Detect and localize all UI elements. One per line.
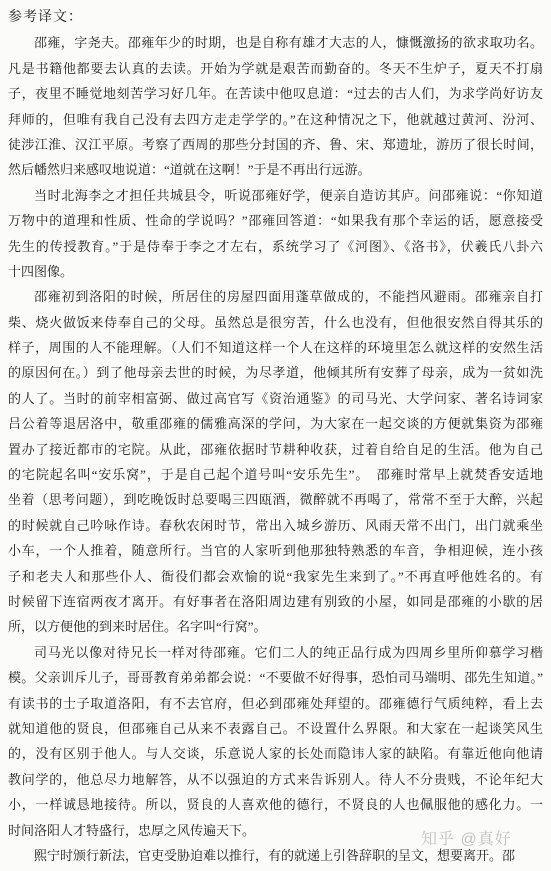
text-line: 小车，一个人推着，随意所行。当官的人家听到他那独特熟悉的车音，争相迎候，连小孩	[8, 538, 543, 563]
text-line: 当时北海李之才担任共城县令，听说邵雍好学，便亲自造访其庐。问邵雍说：“你知道	[8, 183, 543, 208]
text-line: 邵雍，字尧夫。邵雍年少的时期，也是自称有雄才大志的人，慷慨激扬的欲求取功名。	[8, 30, 543, 55]
text-line: 熙宁时颁行新法，官吏受胁迫难以推行，有的就递上引咎辞职的呈文，想要离开。邵	[8, 843, 543, 868]
paragraph: 熙宁时颁行新法，官吏受胁迫难以推行，有的就递上引咎辞职的呈文，想要离开。邵	[8, 843, 543, 868]
text-line: 子和老夫人和那些仆人、衙役们都会欢愉的说“我家先生来到了。”不再直呼他姓名的。有	[8, 564, 543, 589]
text-line: 置办了接近都市的宅院。从此，邵雍依据时节耕种收获，过着自给自足的生活。他为自己	[8, 437, 543, 462]
text-line: 的原因何在。）到了他母亲去世的时候，为尽孝道，他倾其所有安葬了母亲，成为一贫如洗	[8, 360, 543, 385]
text-line: 拜师的，但唯有我自己没有去四方走走学学的。”在这种情况之下，他就越过黄河、汾河、	[8, 107, 543, 132]
text-line: 模。父亲训斥儿子，哥哥教育弟弟都会说：“不要做不好得事，恐怕司马端明、邵先生知道…	[8, 665, 543, 690]
text-line: 的时候就自己吟咏作诗。春秋农闲时节，常出入城乡游历、风雨天常不出门，出门就乘坐	[8, 513, 543, 538]
text-line: 凡是书籍他都要去认真的去读。开始为学就是艰苦而勤奋的。冬天不生炉子，夏天不打扇	[8, 56, 543, 81]
text-line: 所，以方便他的到来时居住。名字叫“行窝”。	[8, 614, 543, 639]
text-line: 十四图像。	[8, 259, 543, 284]
text-line: 小，一样诚恳地接待。所以，贤良的人喜欢他的德行，不贤良的人也佩服他的感化力。一	[8, 792, 543, 817]
text-line: 的宅院起名叫“安乐窝”，于是自己起个道号叫“安乐先生”。 邵雍时常早上就焚香安适…	[8, 462, 543, 487]
document-page: 参考译文： 邵雍，字尧夫。邵雍年少的时期，也是自称有雄才大志的人，慷慨激扬的欲求…	[0, 0, 551, 868]
text-line: 有读书的士子取道洛阳，有不去官府，但必到邵雍处拜望的。邵雍德行气质纯粹，看上去	[8, 691, 543, 716]
document-body: 邵雍，字尧夫。邵雍年少的时期，也是自称有雄才大志的人，慷慨激扬的欲求取功名。凡是…	[8, 30, 543, 868]
text-line: 吕公着等退居洛中，敬重邵雍的儒雅高深的学问，为大家在一起交谈的方便就集资为邵雍	[8, 411, 543, 436]
text-line: 子，夜里不睡觉地刻苦学习好几年。在苦读中他叹息道：“过去的古人们，为求学尚好访友	[8, 81, 543, 106]
paragraph: 邵雍初到洛阳的时候，所居住的房屋四面用蓬草做成的，不能挡风避雨。邵雍亲自打柴、烧…	[8, 284, 543, 639]
text-line: 教问学的，他总尽力地解答，从不以强迫的方式来告诉别人。待人不分贵贱，不论年纪大	[8, 767, 543, 792]
text-line: 坐着（思考问题），到吃晚饭时总要喝三四瓯酒，微醉就不再喝了，常常不至于大醉，兴起	[8, 487, 543, 512]
text-line: 司马光以像对待兄长一样对待邵雍。它们二人的纯正品行成为四周乡里所仰慕学习楷	[8, 640, 543, 665]
text-line: 时间洛阳人才特盛行，忠厚之风传遍天下。	[8, 818, 543, 843]
paragraph: 当时北海李之才担任共城县令，听说邵雍好学，便亲自造访其庐。问邵雍说：“你知道万物…	[8, 183, 543, 285]
text-line: 就知道他的贤良，但邵雍自己从来不表露自己。不设置什么界限。和大家在一起谈笑风生	[8, 716, 543, 741]
text-line: 样子，周围的人不能理解。（人们不知道这样一个人在这样的环境里怎么就这样的安然生活	[8, 335, 543, 360]
text-line: 的，没有区别于他人。与人交谈，乐意说人家的长处而隐讳人家的缺陷。有靠近他向他请	[8, 741, 543, 766]
paragraph: 司马光以像对待兄长一样对待邵雍。它们二人的纯正品行成为四周乡里所仰慕学习楷模。父…	[8, 640, 543, 843]
document-title: 参考译文：	[8, 5, 543, 30]
text-line: 的人了。当时的前宰相富弼、做过高官写《资治通鉴》的司马光、大学问家、著名诗词家	[8, 386, 543, 411]
text-line: 徒涉江淮、汉江平原。考察了西周的那些分封国的齐、鲁、宋、郑遗址，游历了很长时间，	[8, 132, 543, 157]
text-line: 然后幡然归来感叹地说道：“道就在这啊！”于是不再出行远游。	[8, 157, 543, 182]
text-line: 时候留下连宿两夜才离开。有好事者在洛阳周边建有别致的小屋，如同是邵雍的小歇的居	[8, 589, 543, 614]
text-line: 万物中的道理和性质、性命的学说吗？”邵雍回答道：“如果我有那个幸运的话，愿意接受	[8, 208, 543, 233]
text-line: 先生的传授教育。”于是侍奉于李之才左右，系统学习了《河图》、《洛书》，伏羲氏八卦…	[8, 234, 543, 259]
text-line: 柴、烧火做饭来侍奉自己的父母。虽然总是很穷苦，什么也没有，但他很安然自得其乐的	[8, 310, 543, 335]
text-line: 邵雍初到洛阳的时候，所居住的房屋四面用蓬草做成的，不能挡风避雨。邵雍亲自打	[8, 284, 543, 309]
paragraph: 邵雍，字尧夫。邵雍年少的时期，也是自称有雄才大志的人，慷慨激扬的欲求取功名。凡是…	[8, 30, 543, 182]
